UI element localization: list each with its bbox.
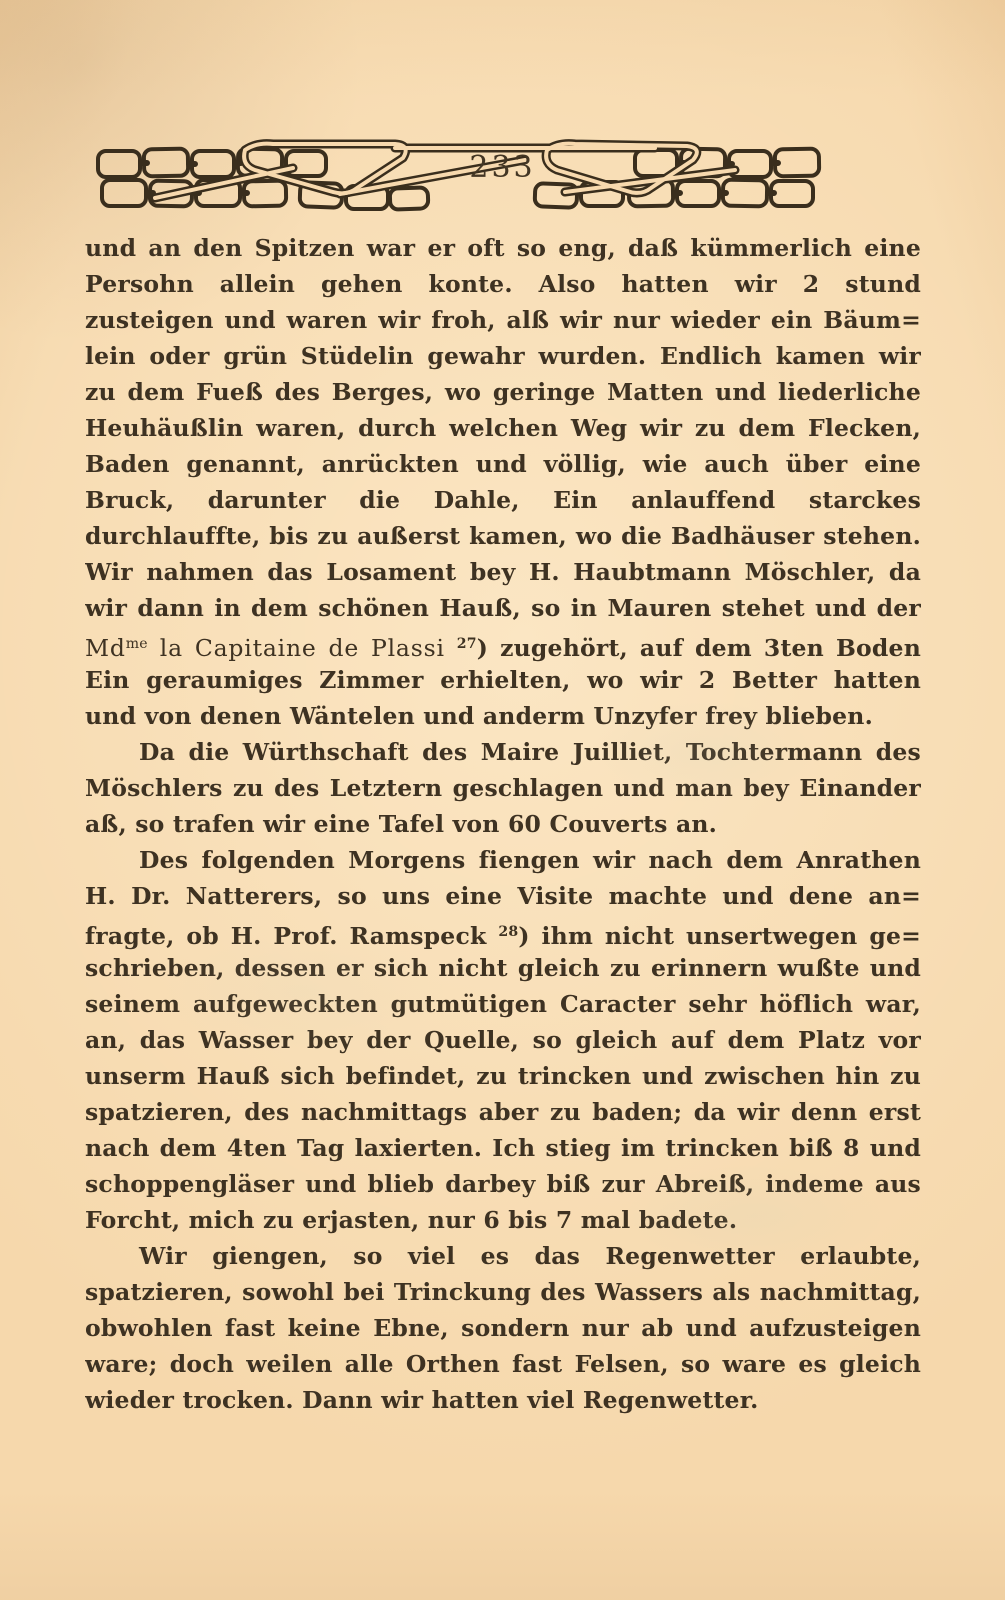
- text-line: Forcht, mich zu erjasten, nur 6 bis 7 ma…: [85, 1202, 921, 1238]
- text-line: unserm Hauß sich befindet, zu trincken u…: [85, 1058, 921, 1094]
- text-line: schrieben, dessen er sich nicht gleich z…: [85, 950, 921, 986]
- text-line: Da die Würthschaft des Maire Juilliet, T…: [85, 734, 921, 770]
- text-line: Mdme la Capitaine de Plassi 27) zugehört…: [85, 626, 921, 662]
- text-segment: ) zugehört, auf dem 3ten Boden: [477, 634, 921, 662]
- text-line: an, das Wasser bey der Quelle, so gleich…: [85, 1022, 921, 1058]
- text-line: Wir nahmen das Losament bey H. Haubtmann…: [85, 554, 921, 590]
- text-line: seinem aufgeweckten gutmütigen Caracter …: [85, 986, 921, 1022]
- paragraph: und an den Spitzen war er oft so eng, da…: [85, 230, 921, 734]
- text-segment: Md: [85, 634, 126, 662]
- footnote-marker: me: [126, 636, 148, 652]
- text-line: Baden genannt, anrückten und völlig, wie…: [85, 446, 921, 482]
- text-line: Des folgenden Morgens fiengen wir nach d…: [85, 842, 921, 878]
- paragraph: Wir giengen, so viel es das Regenwetter …: [85, 1238, 921, 1418]
- page-number: 233: [0, 150, 1005, 185]
- paragraph: Des folgenden Morgens fiengen wir nach d…: [85, 842, 921, 1238]
- text-line: wieder trocken. Dann wir hatten viel Reg…: [85, 1382, 921, 1418]
- text-line: wir dann in dem schönen Hauß, so in Maur…: [85, 590, 921, 626]
- text-line: Ein geraumiges Zimmer erhielten, wo wir …: [85, 662, 921, 698]
- text-line: spatzieren, des nachmittags aber zu bade…: [85, 1094, 921, 1130]
- text-segment: fragte, ob H. Prof. Ramspeck: [85, 922, 498, 950]
- text-line: Möschlers zu des Letztern geschlagen und…: [85, 770, 921, 806]
- text-line: nach dem 4ten Tag laxierten. Ich stieg i…: [85, 1130, 921, 1166]
- text-line: Persohn allein gehen konte. Also hatten …: [85, 266, 921, 302]
- text-segment: ) ihm nicht unsertwegen ge=: [518, 922, 921, 950]
- text-line: Wir giengen, so viel es das Regenwetter …: [85, 1238, 921, 1274]
- text-line: H. Dr. Natterers, so uns eine Visite mac…: [85, 878, 921, 914]
- text-line: aß, so trafen wir eine Tafel von 60 Couv…: [85, 806, 921, 842]
- text-line: zu dem Fueß des Berges, wo geringe Matte…: [85, 374, 921, 410]
- text-segment: la Capitaine de Plassi: [148, 634, 457, 662]
- footnote-marker: 27: [457, 636, 477, 652]
- text-block: und an den Spitzen war er oft so eng, da…: [85, 230, 921, 1418]
- text-line: und an den Spitzen war er oft so eng, da…: [85, 230, 921, 266]
- text-line: Bruck, darunter die Dahle, Ein anlauffen…: [85, 482, 921, 518]
- text-line: Heuhäußlin waren, durch welchen Weg wir …: [85, 410, 921, 446]
- footnote-marker: 28: [498, 924, 518, 940]
- text-line: schoppengläser und blieb darbey biß zur …: [85, 1166, 921, 1202]
- text-line: spatzieren, sowohl bei Trinckung des Was…: [85, 1274, 921, 1310]
- text-line: ware; doch weilen alle Orthen fast Felse…: [85, 1346, 921, 1382]
- text-line: lein oder grün Stüdelin gewahr wurden. E…: [85, 338, 921, 374]
- text-line: und von denen Wäntelen und anderm Unzyfe…: [85, 698, 921, 734]
- text-line: fragte, ob H. Prof. Ramspeck 28) ihm nic…: [85, 914, 921, 950]
- text-line: obwohlen fast keine Ebne, sondern nur ab…: [85, 1310, 921, 1346]
- text-line: zusteigen und waren wir froh, alß wir nu…: [85, 302, 921, 338]
- scanned-book-page: { "page": { "paper_color": "#f7d9ae", "i…: [0, 0, 1005, 1600]
- text-line: durchlauffte, bis zu außerst kamen, wo d…: [85, 518, 921, 554]
- paragraph: Da die Würthschaft des Maire Juilliet, T…: [85, 734, 921, 842]
